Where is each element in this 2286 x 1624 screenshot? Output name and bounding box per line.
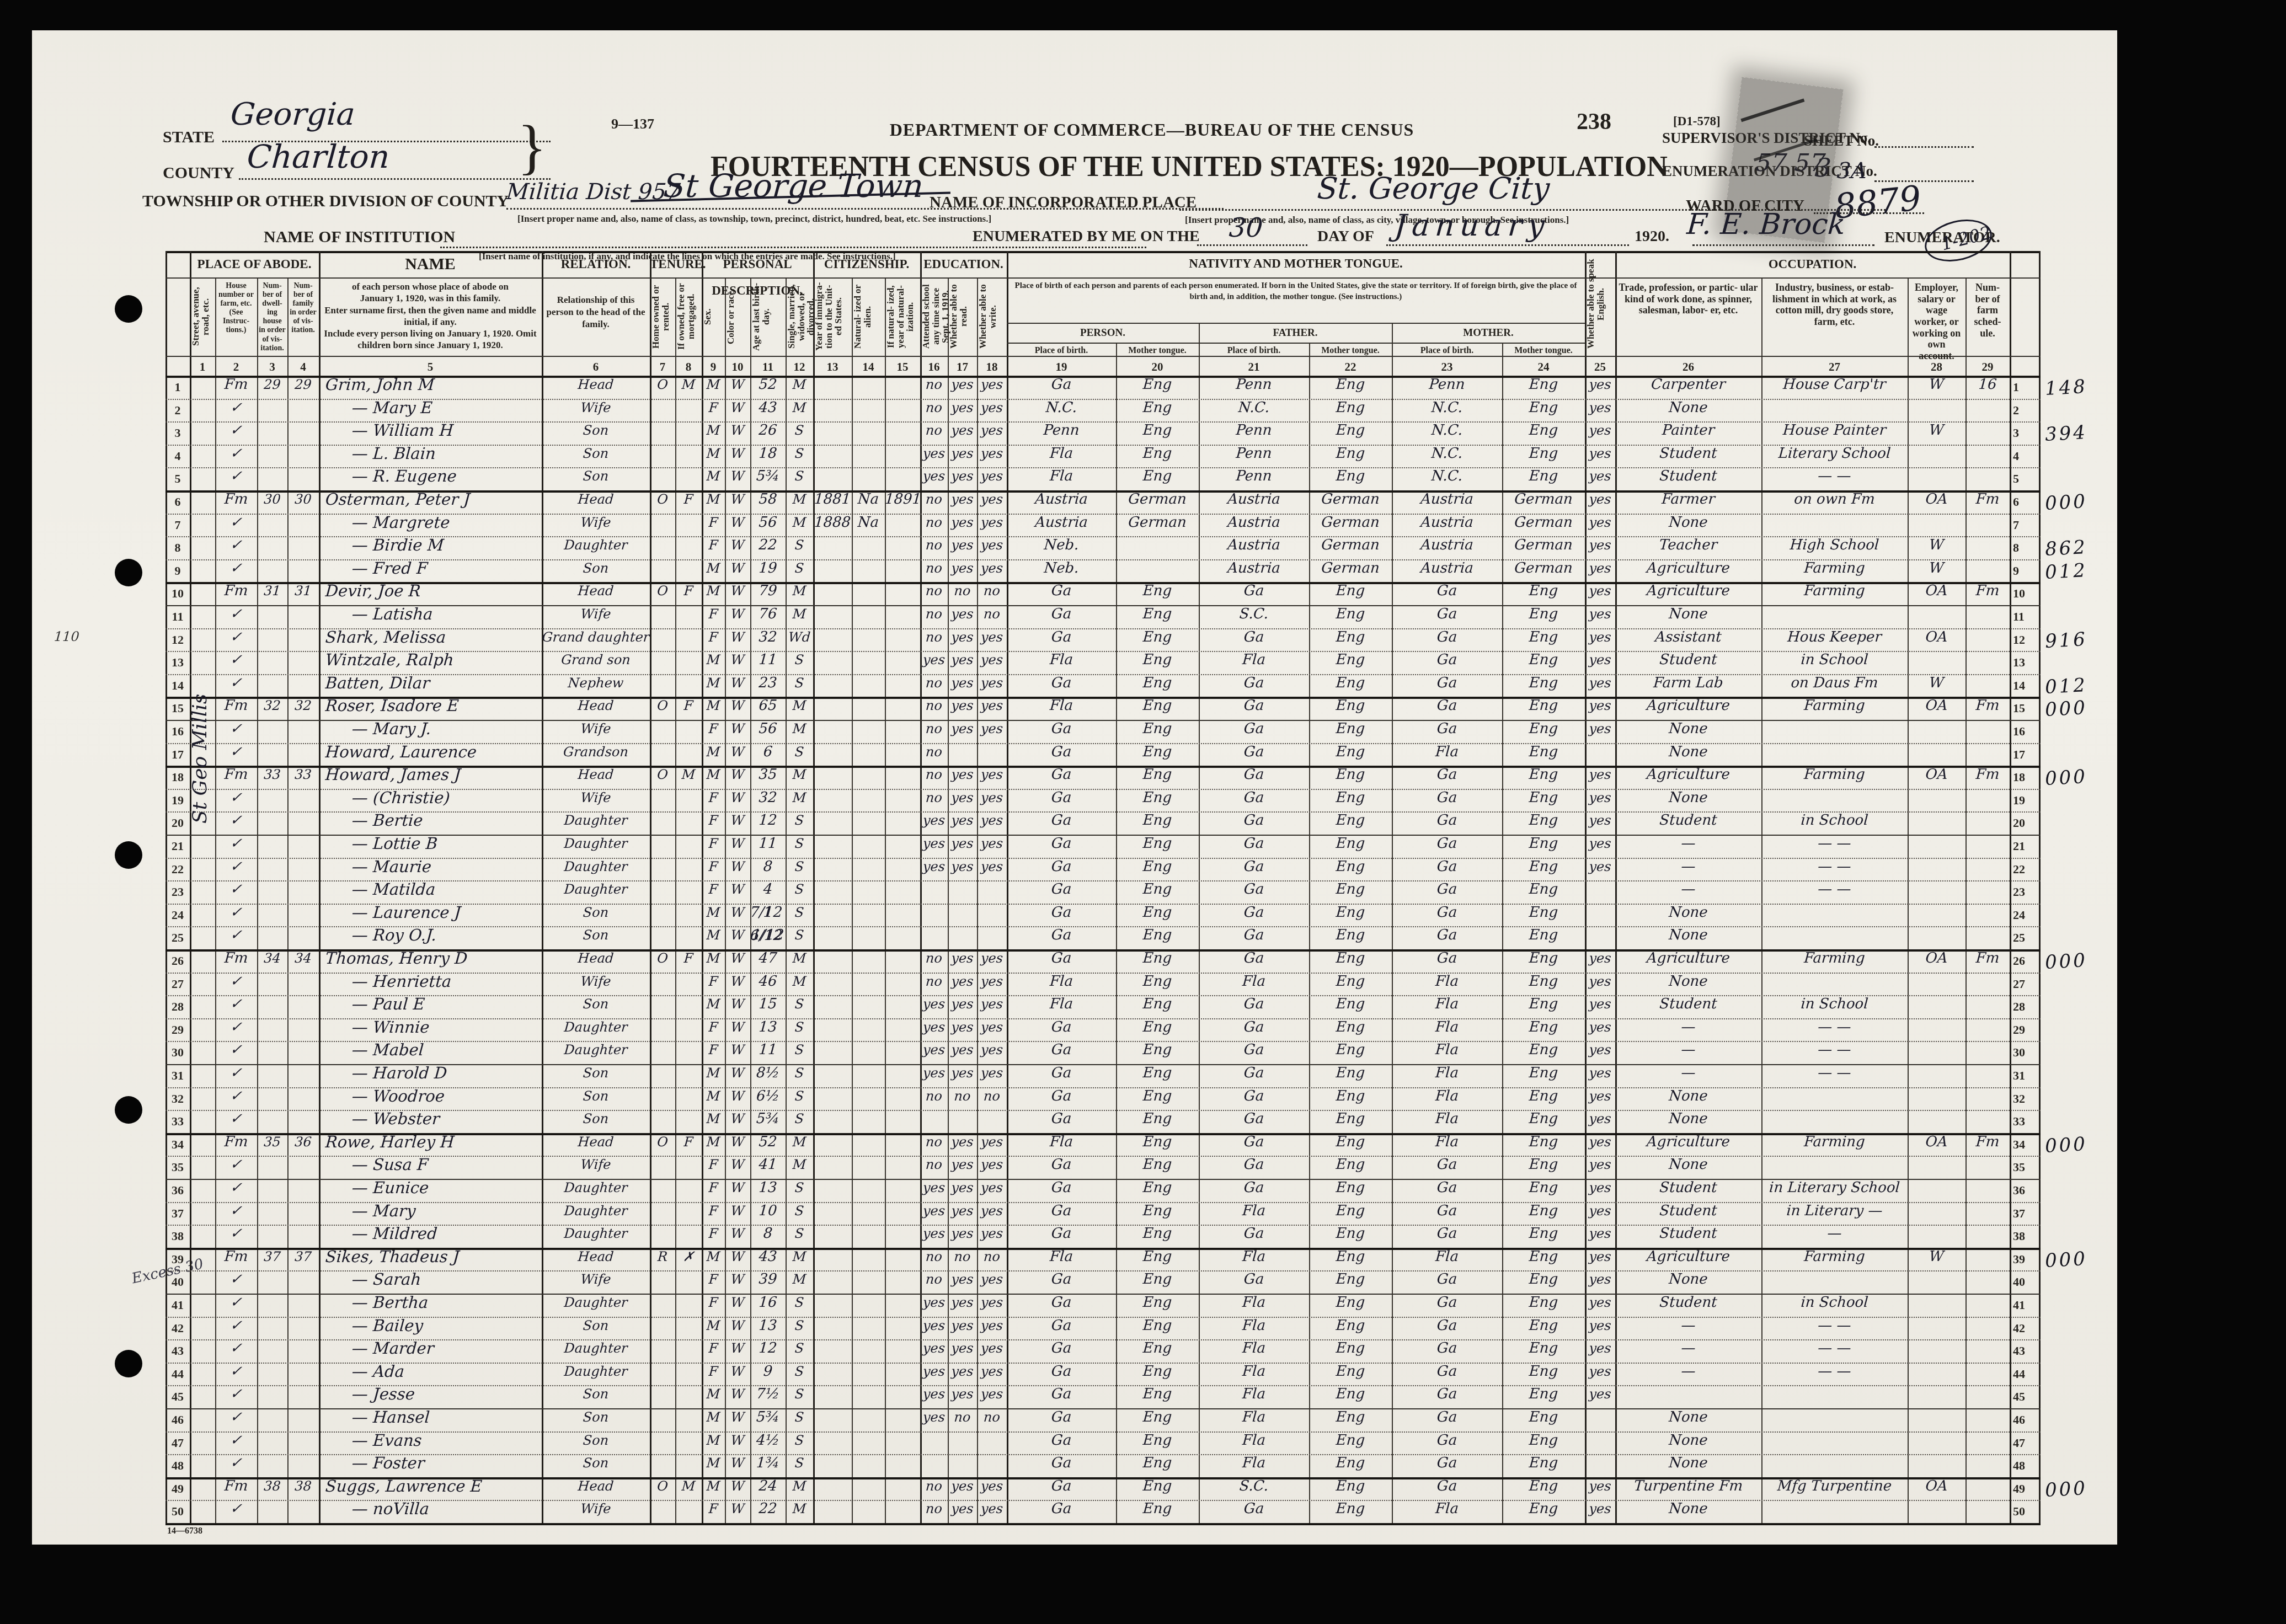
cell-birthplace: Ga	[1006, 1498, 1117, 1521]
cell-can_read: yes	[947, 442, 978, 466]
cell-sex: F	[701, 1177, 726, 1200]
cell-mother_birthplace: Ga	[1391, 695, 1503, 718]
line-number: 1	[165, 376, 190, 399]
cell-mother_mother_tongue: Eng	[1502, 1383, 1586, 1406]
cell-mother_mother_tongue: Eng	[1502, 1246, 1586, 1269]
line-number: 43	[165, 1339, 190, 1363]
column-header-vertical: Color or race.	[726, 280, 749, 354]
cell-mother_mother_tongue: Eng	[1502, 1498, 1586, 1521]
margin-tally: 012	[2044, 559, 2088, 584]
cell-house_or_farm: ✓	[215, 442, 258, 466]
cell-birthplace: Ga	[1006, 787, 1117, 810]
cell-sex: M	[701, 1406, 726, 1429]
cell-relation: Son	[541, 419, 651, 442]
cell-color: W	[724, 1452, 751, 1475]
cell-industry: — —	[1761, 856, 1909, 879]
cell-age: 76	[750, 603, 787, 626]
cell-industry: in School	[1761, 993, 1909, 1016]
cell-sex: M	[701, 649, 726, 672]
cell-relation: Grand son	[541, 649, 651, 672]
line-number: 35	[2010, 1156, 2044, 1179]
day-of-label: DAY OF	[1317, 228, 1374, 245]
cell-attended_school: yes	[920, 1222, 949, 1246]
cell-industry: on own Fm	[1761, 488, 1909, 511]
cell-age: 47	[750, 947, 787, 970]
cell-color: W	[724, 763, 751, 787]
cell-mother_mother_tongue: Eng	[1502, 970, 1586, 993]
cell-father_birthplace: Fla	[1198, 1452, 1310, 1475]
relation-column-description: Relationship of this person to the head …	[546, 294, 645, 354]
cell-can_read: yes	[947, 1153, 978, 1177]
cell-relation: Daughter	[541, 1039, 651, 1062]
cell-color: W	[724, 603, 751, 626]
cell-marital: M	[785, 1268, 814, 1291]
cell-attended_school: yes	[920, 809, 949, 832]
cell-relation: Son	[541, 924, 651, 947]
cell-can_write: yes	[976, 695, 1008, 718]
cell-sex: F	[701, 1039, 726, 1062]
cell-father_birthplace: Austria	[1198, 511, 1310, 535]
cell-mother_tongue: Eng	[1115, 1177, 1200, 1200]
cell-house_or_farm: ✓	[215, 809, 258, 832]
cell-mother_mother_tongue: Eng	[1502, 1429, 1586, 1452]
cell-occupation: Student	[1615, 1291, 1762, 1315]
cell-sex: M	[701, 580, 726, 603]
cell-house_or_farm: ✓	[215, 1085, 258, 1108]
cell-relation: Son	[541, 557, 651, 580]
cell-employer_class: W	[1907, 419, 1967, 442]
cell-mother_tongue: Eng	[1115, 373, 1200, 397]
cell-mother_mother_tongue: Eng	[1502, 1062, 1586, 1085]
cell-mother_birthplace: Ga	[1391, 901, 1503, 925]
cell-attended_school: no	[920, 672, 949, 695]
cell-dwelling_no: 29	[257, 373, 289, 397]
cell-relation: Head	[541, 695, 651, 718]
cell-father_birthplace: Fla	[1198, 1291, 1310, 1315]
cell-father_tongue: Eng	[1308, 465, 1393, 488]
cell-mother_mother_tongue: Eng	[1502, 1200, 1586, 1223]
cell-age: 1 6/12	[750, 901, 787, 925]
cell-mother_tongue: Eng	[1115, 741, 1200, 764]
cell-industry: — —	[1761, 1039, 1909, 1062]
cell-speaks_english: yes	[1584, 1246, 1616, 1269]
day-line	[1197, 244, 1307, 246]
cell-mother_birthplace: Ga	[1391, 809, 1503, 832]
cell-marital: M	[785, 1246, 814, 1269]
margin-tally: 000	[2044, 697, 2088, 721]
line-number: 40	[165, 1270, 190, 1294]
cell-speaks_english: yes	[1584, 419, 1616, 442]
cell-color: W	[724, 649, 751, 672]
cell-can_read: yes	[947, 1315, 978, 1338]
cell-speaks_english: yes	[1584, 1200, 1616, 1223]
cell-attended_school: yes	[920, 1016, 949, 1039]
cell-industry: Farming	[1761, 1246, 1909, 1269]
margin-number: 8879	[1833, 178, 1924, 227]
cell-mother_mother_tongue: Eng	[1502, 947, 1586, 970]
cell-attended_school: no	[920, 580, 949, 603]
cell-birthplace: Ga	[1006, 901, 1117, 925]
cell-can_write: yes	[976, 1383, 1008, 1406]
cell-father_tongue: Eng	[1308, 1498, 1393, 1521]
margin-tally: 012	[2044, 674, 2088, 698]
cell-color: W	[724, 1475, 751, 1498]
cell-age: 32	[750, 626, 787, 649]
cell-father_tongue: Eng	[1308, 1222, 1393, 1246]
cell-relation: Son	[541, 465, 651, 488]
bottom-form-code: 14—6738	[167, 1526, 202, 1536]
line-number: 25	[2010, 926, 2044, 949]
cell-house_or_farm: Fm	[215, 695, 258, 718]
cell-occupation: Farmer	[1615, 488, 1762, 511]
cell-mother_mother_tongue: Eng	[1502, 373, 1586, 397]
cell-occupation: Student	[1615, 1222, 1762, 1246]
cell-occupation: —	[1615, 1016, 1762, 1039]
cell-birthplace: Fla	[1006, 1246, 1117, 1269]
cell-employer_class: OA	[1907, 1475, 1967, 1498]
cell-color: W	[724, 878, 751, 901]
cell-dwelling_no: 33	[257, 763, 289, 787]
line-number: 38	[2010, 1225, 2044, 1248]
cell-can_read: yes	[947, 1200, 978, 1223]
cell-can_read: yes	[947, 832, 978, 856]
line-number: 20	[165, 811, 190, 835]
cell-can_read: yes	[947, 488, 978, 511]
cell-name: — Mildred	[318, 1222, 576, 1246]
cell-occupation: None	[1615, 1498, 1762, 1521]
cell-can_read: yes	[947, 419, 978, 442]
line-number: 38	[165, 1225, 190, 1248]
cell-can_write: yes	[976, 856, 1008, 879]
cell-mother_birthplace: N.C.	[1391, 397, 1503, 420]
cell-occupation: None	[1615, 1406, 1762, 1429]
cell-house_or_farm: ✓	[215, 970, 258, 993]
cell-can_write: yes	[976, 1291, 1008, 1315]
cell-name: — Sarah	[318, 1268, 576, 1291]
cell-can_write: yes	[976, 373, 1008, 397]
cell-naturalized: Na	[851, 488, 886, 511]
cell-mother_birthplace: Ga	[1391, 878, 1503, 901]
cell-father_birthplace: Fla	[1198, 1406, 1310, 1429]
cell-can_read: yes	[947, 1177, 978, 1200]
cell-speaks_english: yes	[1584, 603, 1616, 626]
cell-birthplace: Ga	[1006, 1016, 1117, 1039]
column-header-vertical: Single, married, widowed, or divorced.	[787, 280, 812, 354]
cell-sex: F	[701, 1153, 726, 1177]
cell-mother_birthplace: Ga	[1391, 1315, 1503, 1338]
cell-father_birthplace: Ga	[1198, 672, 1310, 695]
cell-sex: M	[701, 1062, 726, 1085]
cell-name: — Ada	[318, 1360, 576, 1383]
line-number: 15	[2010, 697, 2044, 720]
cell-attended_school: no	[920, 488, 949, 511]
cell-name: — Webster	[318, 1108, 576, 1131]
line-number: 46	[2010, 1408, 2044, 1431]
cell-marital: S	[785, 557, 814, 580]
group-header: EDUCATION.	[920, 251, 1007, 277]
cell-mother_birthplace: Ga	[1391, 1177, 1503, 1200]
cell-can_read: no	[947, 1085, 978, 1108]
cell-color: W	[724, 901, 751, 925]
cell-occupation: Agriculture	[1615, 695, 1762, 718]
cell-name: Osterman, Peter J	[318, 488, 549, 511]
cell-employer_class: OA	[1907, 580, 1967, 603]
line-number: 13	[2010, 651, 2044, 674]
cell-color: W	[724, 1291, 751, 1315]
cell-marital: S	[785, 1085, 814, 1108]
column-line	[257, 277, 258, 1523]
cell-father_birthplace: Fla	[1198, 970, 1310, 993]
column-header: Num- ber of family in order of vis- itat…	[289, 282, 317, 354]
line-number: 11	[165, 605, 190, 628]
cell-can_write: yes	[976, 397, 1008, 420]
cell-father_tongue: Eng	[1308, 1246, 1393, 1269]
punch-hole	[115, 559, 142, 586]
cell-attended_school: yes	[920, 832, 949, 856]
group-header: RELATION.	[542, 251, 650, 277]
line-number: 32	[2010, 1087, 2044, 1110]
cell-birthplace: Ga	[1006, 1222, 1117, 1246]
cell-immigration_year: 1888	[813, 511, 853, 535]
cell-mother_tongue: Eng	[1115, 1039, 1200, 1062]
cell-mother_birthplace: Ga	[1391, 603, 1503, 626]
cell-house_or_farm: ✓	[215, 856, 258, 879]
cell-occupation: Carpenter	[1615, 373, 1762, 397]
header-line	[165, 277, 2041, 279]
cell-house_or_farm: ✓	[215, 649, 258, 672]
cell-age: 65	[750, 695, 787, 718]
cell-marital: S	[785, 1360, 814, 1383]
cell-employer_class: OA	[1907, 763, 1967, 787]
cell-sex: M	[701, 442, 726, 466]
cell-birthplace: Ga	[1006, 1177, 1117, 1200]
cell-house_or_farm: ✓	[215, 1452, 258, 1475]
line-number: 10	[2010, 582, 2044, 605]
cell-sex: M	[701, 1315, 726, 1338]
cell-speaks_english: yes	[1584, 809, 1616, 832]
line-number: 46	[165, 1408, 190, 1431]
cell-father_tongue: Eng	[1308, 970, 1393, 993]
line-number: 49	[2010, 1477, 2044, 1500]
cell-speaks_english: yes	[1584, 1337, 1616, 1360]
cell-can_write: yes	[976, 787, 1008, 810]
cell-sex: M	[701, 763, 726, 787]
cell-father_tongue: Eng	[1308, 1062, 1393, 1085]
cell-employer_class: OA	[1907, 947, 1967, 970]
cell-name: Thomas, Henry D	[318, 947, 549, 970]
cell-age: 7½	[750, 1383, 787, 1406]
cell-mother_tongue: Eng	[1115, 924, 1200, 947]
cell-marital: S	[785, 1337, 814, 1360]
cell-mother_mother_tongue: Eng	[1502, 993, 1586, 1016]
cell-marital: S	[785, 1200, 814, 1223]
cell-occupation: None	[1615, 511, 1762, 535]
cell-age: 8	[750, 856, 787, 879]
cell-mother_tongue: Eng	[1115, 695, 1200, 718]
cell-mother_mother_tongue: Eng	[1502, 1039, 1586, 1062]
page-stamp: 238	[1577, 109, 1611, 135]
line-number: 4	[2010, 445, 2044, 468]
cell-mother_birthplace: Austria	[1391, 488, 1503, 511]
cell-color: W	[724, 1498, 751, 1521]
cell-can_read: yes	[947, 626, 978, 649]
cell-name: Shark, Melissa	[318, 626, 549, 649]
margin-tally: 000	[2044, 1248, 2088, 1272]
cell-sex: F	[701, 397, 726, 420]
cell-mother_mother_tongue: Eng	[1502, 626, 1586, 649]
cell-marital: S	[785, 1039, 814, 1062]
line-number: 45	[165, 1385, 190, 1408]
department-line: DEPARTMENT OF COMMERCE—BUREAU OF THE CEN…	[766, 120, 1538, 140]
cell-relation: Grand daughter	[541, 626, 651, 649]
cell-speaks_english: yes	[1584, 397, 1616, 420]
line-number: 16	[165, 720, 190, 743]
line-number: 44	[2010, 1363, 2044, 1386]
cell-color: W	[724, 672, 751, 695]
cell-mother_tongue: German	[1115, 511, 1200, 535]
cell-name: — Laurence J	[318, 901, 576, 925]
cell-mother_mother_tongue: Eng	[1502, 924, 1586, 947]
cell-name: Grim, John M	[318, 373, 549, 397]
cell-relation: Son	[541, 442, 651, 466]
cell-house_or_farm: ✓	[215, 626, 258, 649]
cell-house_or_farm: ✓	[215, 603, 258, 626]
cell-relation: Grandson	[541, 741, 651, 764]
cell-free_or_mortgaged: M	[675, 1475, 703, 1498]
cell-birthplace: Ga	[1006, 1200, 1117, 1223]
cell-father_birthplace: Ga	[1198, 718, 1310, 741]
cell-industry: in School	[1761, 809, 1909, 832]
cell-sex: F	[701, 878, 726, 901]
cell-mother_birthplace: Fla	[1391, 1108, 1503, 1131]
cell-name: — Roy O.J.	[318, 924, 576, 947]
cell-marital: M	[785, 603, 814, 626]
line-number: 20	[2010, 811, 2044, 835]
cell-occupation: None	[1615, 741, 1762, 764]
cell-industry: — —	[1761, 465, 1909, 488]
cell-sex: M	[701, 373, 726, 397]
cell-can_read: yes	[947, 763, 978, 787]
cell-mother_mother_tongue: Eng	[1502, 1475, 1586, 1498]
cell-mother_birthplace: Ga	[1391, 1406, 1503, 1429]
cell-mother_birthplace: Ga	[1391, 626, 1503, 649]
cell-mother_tongue: Eng	[1115, 580, 1200, 603]
cell-occupation: None	[1615, 1153, 1762, 1177]
cell-father_birthplace: Fla	[1198, 1383, 1310, 1406]
cell-mother_tongue: Eng	[1115, 672, 1200, 695]
cell-attended_school: yes	[920, 1200, 949, 1223]
cell-speaks_english: yes	[1584, 1085, 1616, 1108]
cell-speaks_english: yes	[1584, 1268, 1616, 1291]
cell-speaks_english: yes	[1584, 1039, 1616, 1062]
cell-house_or_farm: ✓	[215, 787, 258, 810]
cell-immigration_year: 1881	[813, 488, 853, 511]
cell-sex: F	[701, 1360, 726, 1383]
cell-home_owned: O	[649, 695, 676, 718]
cell-attended_school: no	[920, 1153, 949, 1177]
cell-father_birthplace: Austria	[1198, 534, 1310, 557]
cell-father_tongue: Eng	[1308, 1475, 1393, 1498]
cell-sex: M	[701, 419, 726, 442]
cell-mother_birthplace: N.C.	[1391, 442, 1503, 466]
cell-home_owned: R	[649, 1246, 676, 1269]
cell-father_birthplace: Fla	[1198, 1360, 1310, 1383]
cell-speaks_english: yes	[1584, 856, 1616, 879]
line-number: 2	[2010, 399, 2044, 422]
cell-name: — Mary	[318, 1200, 576, 1223]
cell-can_read: yes	[947, 1498, 978, 1521]
cell-house_or_farm: ✓	[215, 1153, 258, 1177]
cell-can_write: no	[976, 580, 1008, 603]
cell-mother_tongue: Eng	[1115, 1268, 1200, 1291]
cell-relation: Wife	[541, 397, 651, 420]
group-header: NAME	[319, 251, 542, 277]
cell-age: 11	[750, 649, 787, 672]
line-number: 27	[2010, 973, 2044, 996]
cell-attended_school: no	[920, 419, 949, 442]
cell-name: Wintzale, Ralph	[318, 649, 549, 672]
line-number: 27	[165, 973, 190, 996]
cell-color: W	[724, 1177, 751, 1200]
cell-free_or_mortgaged: M	[675, 763, 703, 787]
cell-marital: M	[785, 695, 814, 718]
cell-house_or_farm: Fm	[215, 373, 258, 397]
cell-marital: M	[785, 397, 814, 420]
cell-relation: Daughter	[541, 534, 651, 557]
cell-birthplace: Fla	[1006, 970, 1117, 993]
cell-occupation: —	[1615, 1360, 1762, 1383]
cell-house_or_farm: ✓	[215, 1360, 258, 1383]
cell-farm_schedule: Fm	[1965, 695, 2011, 718]
cell-industry: Farming	[1761, 1131, 1909, 1154]
cell-house_or_farm: Fm	[215, 947, 258, 970]
cell-father_tongue: Eng	[1308, 1108, 1393, 1131]
line-number: 30	[2010, 1041, 2044, 1064]
cell-can_write: yes	[976, 1177, 1008, 1200]
cell-family_no: 30	[287, 488, 320, 511]
cell-birthplace: Ga	[1006, 878, 1117, 901]
cell-can_write: yes	[976, 465, 1008, 488]
cell-speaks_english: yes	[1584, 672, 1616, 695]
cell-can_write: yes	[976, 970, 1008, 993]
county-label: COUNTY	[163, 164, 234, 183]
cell-mother_birthplace: Ga	[1391, 763, 1503, 787]
cell-sex: F	[701, 832, 726, 856]
cell-attended_school: yes	[920, 1315, 949, 1338]
cell-mother_mother_tongue: German	[1502, 534, 1586, 557]
cell-marital: M	[785, 1153, 814, 1177]
line-number: 8	[2010, 536, 2044, 559]
incorporated-place-label: NAME OF INCORPORATED PLACE	[930, 194, 1197, 212]
street-entry-vertical: St Geo Millis	[189, 582, 214, 935]
cell-name: Howard, James J	[318, 763, 549, 787]
cell-age: 22	[750, 1498, 787, 1521]
cell-age: 13	[750, 1016, 787, 1039]
cell-mother_mother_tongue: German	[1502, 557, 1586, 580]
cell-sex: F	[701, 1498, 726, 1521]
cell-birthplace: Ga	[1006, 1108, 1117, 1131]
cell-birthplace: Austria	[1006, 488, 1117, 511]
cell-age: 43	[750, 397, 787, 420]
cell-occupation: Agriculture	[1615, 1131, 1762, 1154]
cell-birthplace: Ga	[1006, 1406, 1117, 1429]
line-number: 42	[2010, 1317, 2044, 1340]
name-column-description: of each person whose place of abode on J…	[323, 281, 537, 354]
cell-color: W	[724, 924, 751, 947]
cell-age: 1¾	[750, 1452, 787, 1475]
cell-father_tongue: Eng	[1308, 397, 1393, 420]
cell-attended_school: no	[920, 603, 949, 626]
